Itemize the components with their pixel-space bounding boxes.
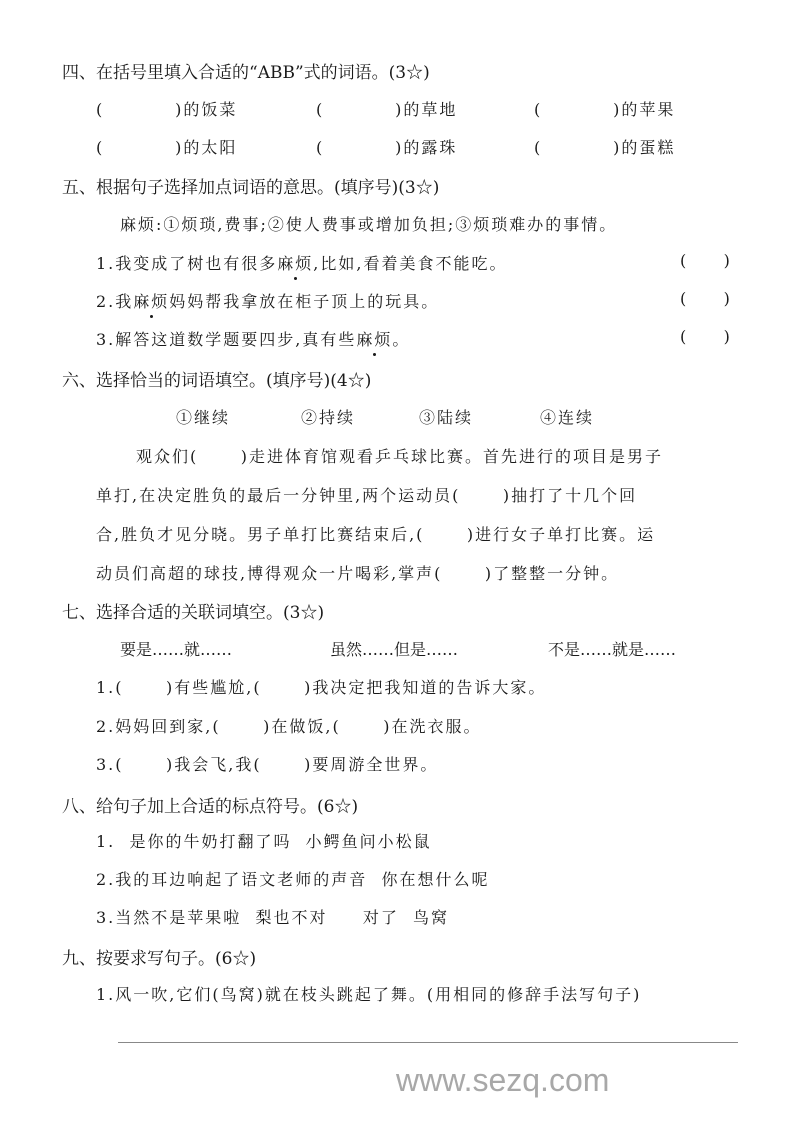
- q5-item-2: 2.我麻烦妈妈帮我拿放在柜子顶上的玩具。: [96, 289, 439, 312]
- q8-item-3: 3.当然不是苹果啦 梨也不对 对了 鸟窝: [96, 905, 449, 928]
- q5-item-3: 3.解答这道数学题要四步,真有些麻烦。: [96, 327, 410, 350]
- q5-answer-2[interactable]: ( ): [680, 289, 732, 308]
- q4-blank-3[interactable]: ( )的苹果: [534, 97, 675, 120]
- dotted-word: 麻烦: [133, 292, 169, 311]
- q9-title: 九、按要求写句子。(6☆): [62, 944, 256, 969]
- q6-option-1: ①继续: [176, 405, 230, 428]
- q6-option-3: ③陆续: [419, 405, 473, 428]
- q8-item-1: 1. 是你的牛奶打翻了吗 小鳄鱼问小松鼠: [96, 829, 432, 852]
- q7-title: 七、选择合适的关联词填空。(3☆): [62, 598, 324, 623]
- q5-answer-3[interactable]: ( ): [680, 327, 732, 346]
- q7-option-3: 不是……就是……: [548, 637, 676, 660]
- q8-item-2: 2.我的耳边响起了语文老师的声音 你在想什么呢: [96, 867, 489, 890]
- q4-blank-5[interactable]: ( )的露珠: [316, 135, 457, 158]
- q5-title: 五、根据句子选择加点词语的意思。(填序号)(3☆): [62, 173, 439, 198]
- q4-blank-4[interactable]: ( )的太阳: [96, 135, 237, 158]
- q8-title: 八、给句子加上合适的标点符号。(6☆): [62, 792, 358, 817]
- q5-definition: 麻烦:①烦琐,费事;②使人费事或增加负担;③烦琐难办的事情。: [120, 212, 617, 235]
- q9-item-1: 1.风一吹,它们(鸟窝)就在枝头跳起了舞。(用相同的修辞手法写句子): [96, 982, 641, 1005]
- dotted-word: 麻烦: [277, 254, 313, 273]
- dotted-word: 麻烦: [356, 330, 392, 349]
- q6-title: 六、选择恰当的词语填空。(填序号)(4☆): [62, 366, 371, 391]
- q6-passage-line-3: 合,胜负才见分晓。男子单打比赛结束后,( )进行女子单打比赛。运: [96, 522, 655, 545]
- q7-item-3: 3.( )我会飞,我( )要周游全世界。: [96, 752, 438, 775]
- q5-answer-1[interactable]: ( ): [680, 251, 732, 270]
- q4-title: 四、在括号里填入合适的“ABB”式的词语。(3☆): [62, 58, 430, 83]
- q4-blank-1[interactable]: ( )的饭菜: [96, 97, 237, 120]
- q6-option-4: ④连续: [540, 405, 594, 428]
- q6-passage-line-1: 观众们( )走进体育馆观看乒乓球比赛。首先进行的项目是男子: [136, 444, 663, 467]
- q7-item-1: 1.( )有些尴尬,( )我决定把我知道的告诉大家。: [96, 675, 546, 698]
- q4-blank-6[interactable]: ( )的蛋糕: [534, 135, 675, 158]
- q7-option-1: 要是……就……: [120, 637, 232, 660]
- q4-blank-2[interactable]: ( )的草地: [316, 97, 457, 120]
- q5-item-1: 1.我变成了树也有很多麻烦,比如,看着美食不能吃。: [96, 251, 507, 274]
- watermark: www.sezq.com: [396, 1062, 609, 1099]
- q6-passage-line-2: 单打,在决定胜负的最后一分钟里,两个运动员( )抽打了十几个回: [96, 483, 637, 506]
- q7-option-2: 虽然……但是……: [330, 637, 458, 660]
- q6-passage-line-4: 动员们高超的球技,博得观众一片喝彩,掌声( )了整整一分钟。: [96, 561, 619, 584]
- answer-line[interactable]: [118, 1042, 738, 1043]
- q6-option-2: ②持续: [301, 405, 355, 428]
- q7-item-2: 2.妈妈回到家,( )在做饭,( )在洗衣服。: [96, 714, 481, 737]
